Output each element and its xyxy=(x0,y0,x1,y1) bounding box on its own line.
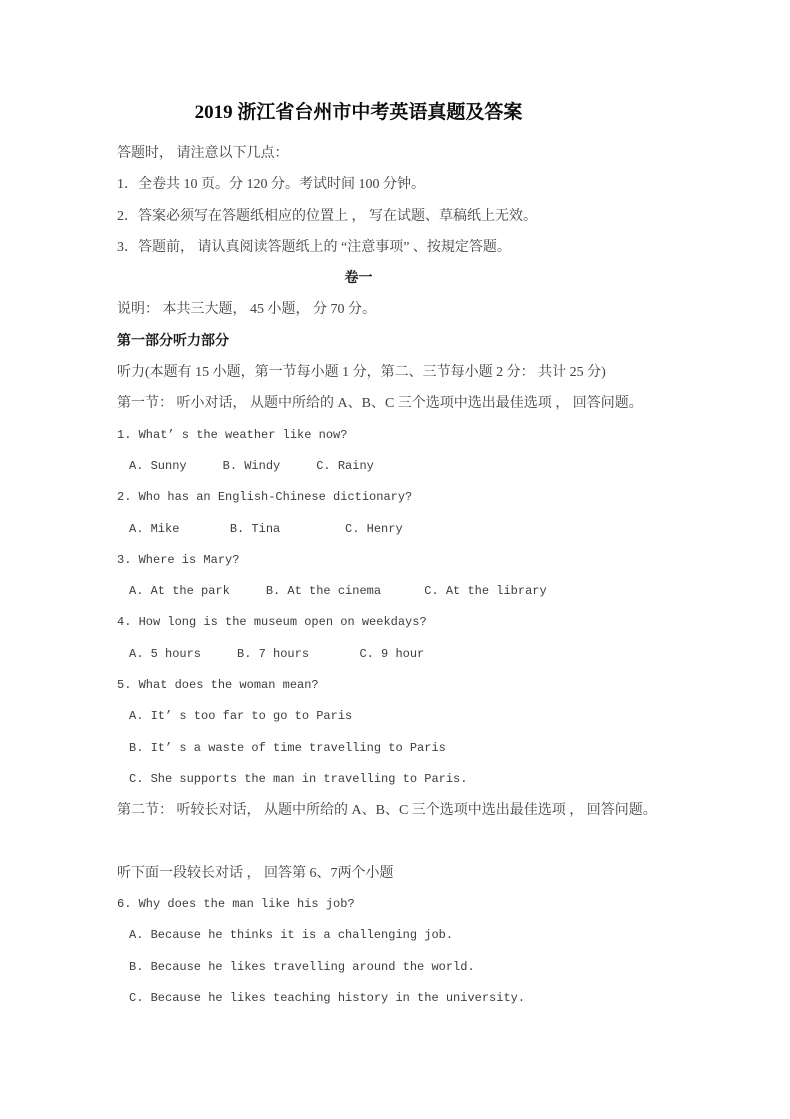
question-4-options-row: A. 5 hours B. 7 hours C. 9 hour xyxy=(117,639,600,670)
question-5-option-c: C. She supports the man in travelling to… xyxy=(117,764,600,795)
notice-item-1: 1．全卷共 10 页。分 120 分。考试时间 100 分钟。 xyxy=(117,169,600,200)
document-content: 2019 浙江省台州市中考英语真题及答案 答题时， 请注意以下几点： 1．全卷共… xyxy=(117,96,600,1014)
question-6-option-a: A. Because he thinks it is a challenging… xyxy=(117,920,600,951)
question-6-option-b: B. Because he likes travelling around th… xyxy=(117,952,600,983)
question-5: 5. What does the woman mean? xyxy=(117,670,600,701)
volume-heading: 卷一 xyxy=(117,263,600,294)
notice-item-2: 2．答案必须写在答题纸相应的位置上 ， 写在试题、草稿纸上无效。 xyxy=(117,201,600,232)
blank-line xyxy=(117,827,600,858)
exam-document-page: { "colors": { "background": "#ffffff", "… xyxy=(0,0,790,1119)
question-2-options-row: A. Mike B. Tina C. Henry xyxy=(117,514,600,545)
question-4: 4. How long is the museum open on weekda… xyxy=(117,607,600,638)
question-5-option-a: A. It’ s too far to go to Paris xyxy=(117,701,600,732)
notice-item-3: 3．答题前， 请认真阅读答题纸上的 “注意事项” 、按規定答题。 xyxy=(117,232,600,263)
section2-note: 第二节： 听较长对话， 从题中所给的 A、B、C 三个选项中选出最佳选项 ， 回… xyxy=(117,795,600,826)
notice-intro: 答题时， 请注意以下几点： xyxy=(117,138,600,169)
question-2: 2. Who has an English-Chinese dictionary… xyxy=(117,482,600,513)
listening-note: 听力(本题有 15 小题，第一节每小题 1 分，第二、三节每小题 2 分： 共计… xyxy=(117,357,600,388)
part1-heading: 第一部分听力部分 xyxy=(117,326,600,357)
question-3-options-row: A. At the park B. At the cinema C. At th… xyxy=(117,576,600,607)
volume-note: 说明： 本共三大题， 45 小题， 分 70 分。 xyxy=(117,294,600,325)
dialog-note: 听下面一段较长对话 ， 回答第 6、7两个小题 xyxy=(117,858,600,889)
question-1-options-row: A. Sunny B. Windy C. Rainy xyxy=(117,451,600,482)
question-6-option-c: C. Because he likes teaching history in … xyxy=(117,983,600,1014)
section1-note: 第一节： 听小对话， 从题中所给的 A、B、C 三个选项中选出最佳选项 ， 回答… xyxy=(117,388,600,419)
question-5-option-b: B. It’ s a waste of time travelling to P… xyxy=(117,733,600,764)
question-1: 1. What’ s the weather like now? xyxy=(117,420,600,451)
exam-title: 2019 浙江省台州市中考英语真题及答案 xyxy=(117,96,600,130)
question-3: 3. Where is Mary? xyxy=(117,545,600,576)
question-6: 6. Why does the man like his job? xyxy=(117,889,600,920)
